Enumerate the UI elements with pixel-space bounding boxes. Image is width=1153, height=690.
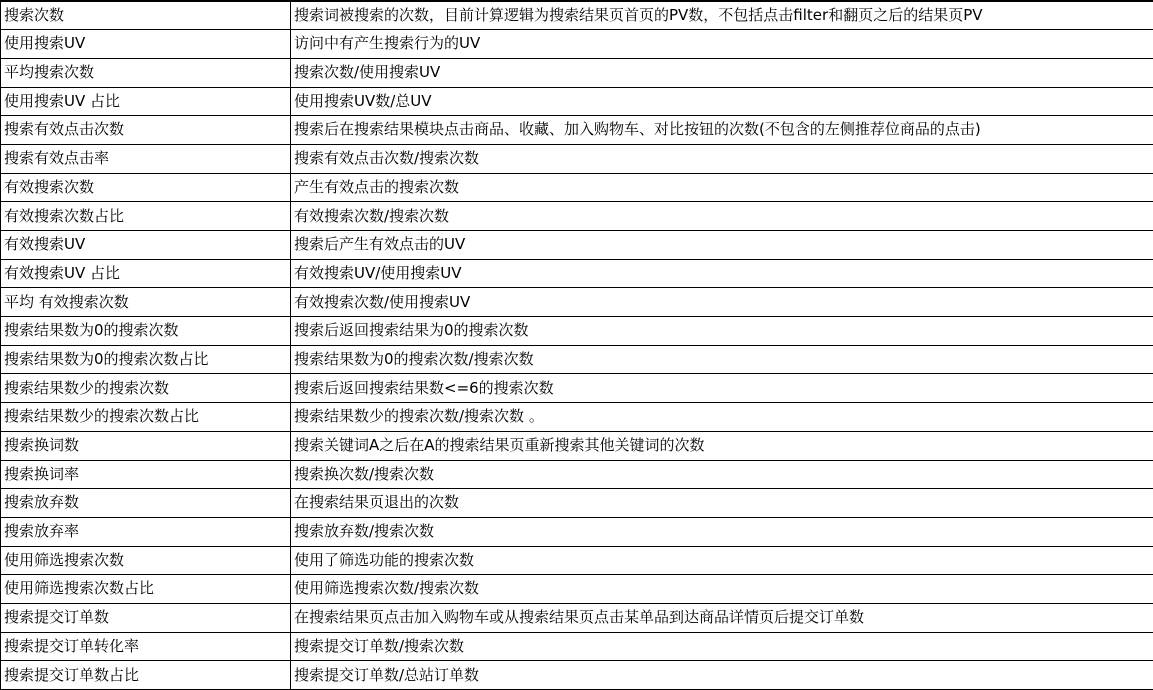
metric-definition-cell: 搜索换次数/搜索次数 xyxy=(291,460,1153,489)
metric-definition-cell: 搜索放弃数/搜索次数 xyxy=(291,517,1153,546)
table-body: 搜索次数搜索词被搜索的次数，目前计算逻辑为搜索结果页首页的PV数，不包括点击fi… xyxy=(1,1,1153,690)
metric-name-cell: 搜索换词数 xyxy=(1,431,291,460)
metric-name-cell: 搜索有效点击次数 xyxy=(1,116,291,145)
metric-definition-cell: 在搜索结果页点击加入购物车或从搜索结果页点击某单品到达商品详情页后提交订单数 xyxy=(291,603,1153,632)
metric-definition-cell: 有效搜索次数/搜索次数 xyxy=(291,202,1153,231)
metric-definition-cell: 搜索词被搜索的次数，目前计算逻辑为搜索结果页首页的PV数，不包括点击filter… xyxy=(291,1,1153,30)
table-row: 搜索提交订单数占比搜索提交订单数/总站订单数 xyxy=(1,661,1153,690)
metric-name-cell: 有效搜索UV xyxy=(1,231,291,260)
metric-name-cell: 搜索提交订单转化率 xyxy=(1,632,291,661)
table-row: 搜索有效点击率搜索有效点击次数/搜索次数 xyxy=(1,144,1153,173)
metric-definition-cell: 搜索后产生有效点击的UV xyxy=(291,231,1153,260)
table-row: 搜索换词数搜索关键词A之后在A的搜索结果页重新搜索其他关键词的次数 xyxy=(1,431,1153,460)
table-row: 有效搜索UV 占比有效搜索UV/使用搜索UV xyxy=(1,259,1153,288)
metric-definition-cell: 搜索结果数少的搜索次数/搜索次数 。 xyxy=(291,403,1153,432)
table-row: 搜索结果数少的搜索次数搜索后返回搜索结果数<=6的搜索次数 xyxy=(1,374,1153,403)
metric-definition-cell: 有效搜索次数/使用搜索UV xyxy=(291,288,1153,317)
metric-definition-cell: 有效搜索UV/使用搜索UV xyxy=(291,259,1153,288)
metric-definition-cell: 使用了筛选功能的搜索次数 xyxy=(291,546,1153,575)
table-row: 使用筛选搜索次数占比使用筛选搜索次数/搜索次数 xyxy=(1,575,1153,604)
table-row: 搜索放弃数在搜索结果页退出的次数 xyxy=(1,489,1153,518)
metric-definition-cell: 搜索有效点击次数/搜索次数 xyxy=(291,144,1153,173)
table-row: 使用搜索UV访问中有产生搜索行为的UV xyxy=(1,30,1153,59)
metric-name-cell: 平均 有效搜索次数 xyxy=(1,288,291,317)
metric-name-cell: 使用搜索UV xyxy=(1,30,291,59)
table-row: 使用筛选搜索次数使用了筛选功能的搜索次数 xyxy=(1,546,1153,575)
metric-name-cell: 搜索放弃率 xyxy=(1,517,291,546)
metric-definition-cell: 使用筛选搜索次数/搜索次数 xyxy=(291,575,1153,604)
metric-name-cell: 搜索结果数少的搜索次数占比 xyxy=(1,403,291,432)
table-row: 搜索次数搜索词被搜索的次数，目前计算逻辑为搜索结果页首页的PV数，不包括点击fi… xyxy=(1,1,1153,30)
table-row: 搜索结果数为0的搜索次数占比搜索结果数为0的搜索次数/搜索次数 xyxy=(1,345,1153,374)
metric-definition-cell: 在搜索结果页退出的次数 xyxy=(291,489,1153,518)
table-row: 搜索结果数为0的搜索次数搜索后返回搜索结果为0的搜索次数 xyxy=(1,317,1153,346)
metric-definition-cell: 搜索后返回搜索结果为0的搜索次数 xyxy=(291,317,1153,346)
metric-name-cell: 搜索换词率 xyxy=(1,460,291,489)
table-row: 有效搜索次数占比有效搜索次数/搜索次数 xyxy=(1,202,1153,231)
metric-name-cell: 搜索有效点击率 xyxy=(1,144,291,173)
metric-name-cell: 搜索提交订单数 xyxy=(1,603,291,632)
metric-name-cell: 搜索结果数少的搜索次数 xyxy=(1,374,291,403)
metric-definition-cell: 搜索提交订单数/搜索次数 xyxy=(291,632,1153,661)
metric-name-cell: 搜索次数 xyxy=(1,1,291,30)
metric-definition-cell: 使用搜索UV数/总UV xyxy=(291,87,1153,116)
metric-name-cell: 使用搜索UV 占比 xyxy=(1,87,291,116)
metric-name-cell: 使用筛选搜索次数占比 xyxy=(1,575,291,604)
metric-definition-cell: 搜索后返回搜索结果数<=6的搜索次数 xyxy=(291,374,1153,403)
metric-name-cell: 搜索结果数为0的搜索次数 xyxy=(1,317,291,346)
metrics-glossary-table: 搜索次数搜索词被搜索的次数，目前计算逻辑为搜索结果页首页的PV数，不包括点击fi… xyxy=(0,0,1153,690)
table-row: 使用搜索UV 占比使用搜索UV数/总UV xyxy=(1,87,1153,116)
table-row: 搜索有效点击次数搜索后在搜索结果模块点击商品、收藏、加入购物车、对比按钮的次数(… xyxy=(1,116,1153,145)
metric-name-cell: 搜索结果数为0的搜索次数占比 xyxy=(1,345,291,374)
metric-name-cell: 有效搜索UV 占比 xyxy=(1,259,291,288)
metric-name-cell: 平均搜索次数 xyxy=(1,58,291,87)
table-row: 搜索放弃率搜索放弃数/搜索次数 xyxy=(1,517,1153,546)
metric-definition-cell: 搜索后在搜索结果模块点击商品、收藏、加入购物车、对比按钮的次数(不包含的左侧推荐… xyxy=(291,116,1153,145)
metric-name-cell: 有效搜索次数 xyxy=(1,173,291,202)
table-row: 有效搜索UV搜索后产生有效点击的UV xyxy=(1,231,1153,260)
table-row: 有效搜索次数产生有效点击的搜索次数 xyxy=(1,173,1153,202)
metric-definition-cell: 访问中有产生搜索行为的UV xyxy=(291,30,1153,59)
metric-definition-cell: 搜索提交订单数/总站订单数 xyxy=(291,661,1153,690)
table-row: 搜索换词率搜索换次数/搜索次数 xyxy=(1,460,1153,489)
table-row: 搜索结果数少的搜索次数占比搜索结果数少的搜索次数/搜索次数 。 xyxy=(1,403,1153,432)
table-row: 搜索提交订单数在搜索结果页点击加入购物车或从搜索结果页点击某单品到达商品详情页后… xyxy=(1,603,1153,632)
table-row: 搜索提交订单转化率搜索提交订单数/搜索次数 xyxy=(1,632,1153,661)
metric-name-cell: 搜索提交订单数占比 xyxy=(1,661,291,690)
metric-name-cell: 搜索放弃数 xyxy=(1,489,291,518)
metric-name-cell: 有效搜索次数占比 xyxy=(1,202,291,231)
table-row: 平均 有效搜索次数有效搜索次数/使用搜索UV xyxy=(1,288,1153,317)
metric-name-cell: 使用筛选搜索次数 xyxy=(1,546,291,575)
metric-definition-cell: 产生有效点击的搜索次数 xyxy=(291,173,1153,202)
metric-definition-cell: 搜索结果数为0的搜索次数/搜索次数 xyxy=(291,345,1153,374)
metric-definition-cell: 搜索次数/使用搜索UV xyxy=(291,58,1153,87)
metric-definition-cell: 搜索关键词A之后在A的搜索结果页重新搜索其他关键词的次数 xyxy=(291,431,1153,460)
table-row: 平均搜索次数搜索次数/使用搜索UV xyxy=(1,58,1153,87)
